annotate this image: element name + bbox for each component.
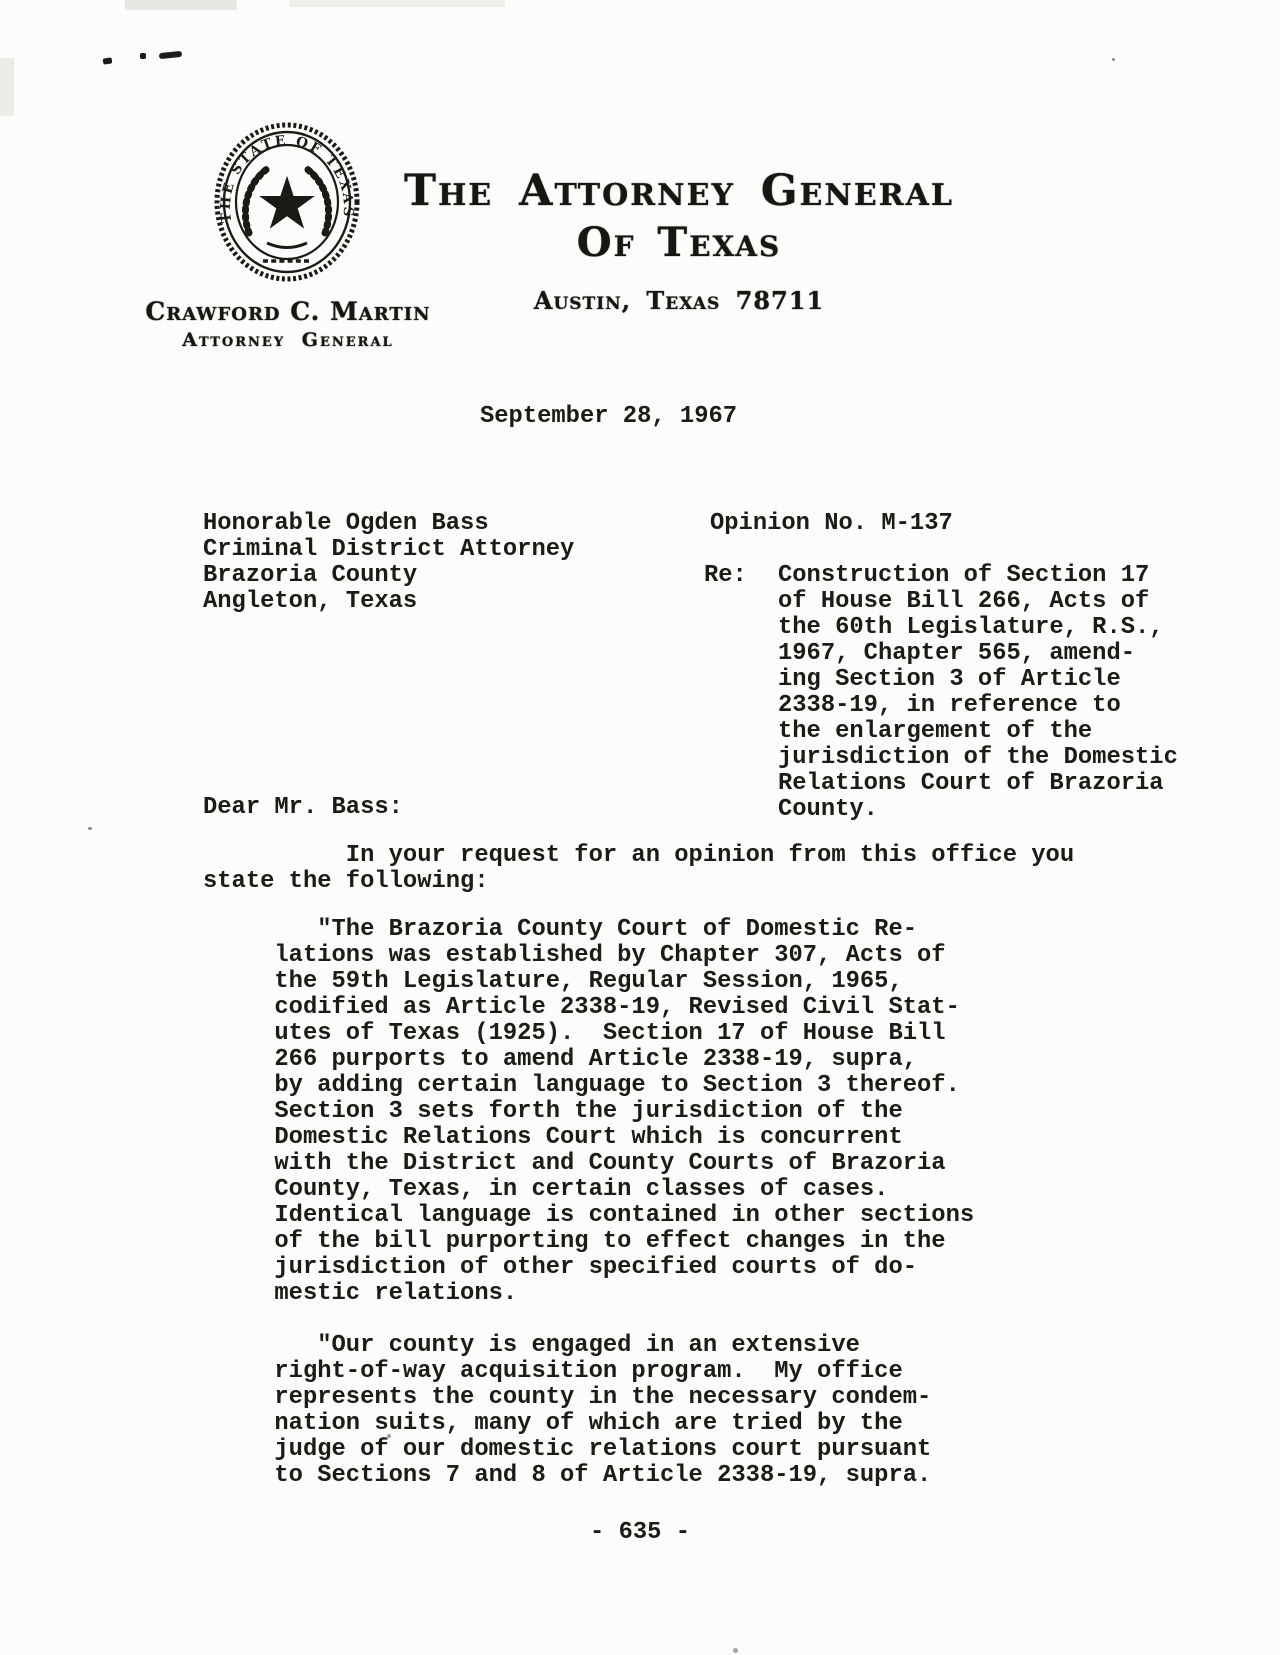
org-title-line2: Of Texas	[370, 222, 988, 264]
ink-mark	[103, 57, 113, 64]
recipient-address: Honorable Ogden Bass Criminal District A…	[203, 511, 574, 615]
scan-smudge	[0, 58, 14, 116]
ink-mark	[159, 51, 183, 59]
scanned-letter-page: THE STATE OF TEXAS The Attorney General …	[0, 0, 1280, 1655]
re-text: Construction of Section 17 of House Bill…	[778, 563, 1178, 823]
org-title-block: The Attorney General Of Texas Austin, Te…	[370, 168, 988, 314]
ink-dot	[733, 1648, 738, 1653]
ink-dot	[88, 827, 92, 830]
official-block: Crawford C. Martin Attorney General	[118, 298, 458, 351]
star-icon	[262, 179, 311, 226]
texas-state-seal-icon: THE STATE OF TEXAS	[213, 121, 361, 283]
page-number: - 635 -	[590, 1520, 690, 1546]
official-title: Attorney General	[118, 329, 458, 351]
official-name: Crawford C. Martin	[118, 298, 458, 326]
org-title-line1: The Attorney General	[370, 168, 988, 214]
date-line: September 28, 1967	[480, 404, 737, 430]
ink-dot	[1112, 58, 1115, 61]
scan-smudge	[290, 0, 505, 7]
salutation: Dear Mr. Bass:	[203, 795, 403, 821]
ink-mark	[140, 53, 146, 59]
quoted-passage: "The Brazoria County Court of Domestic R…	[203, 917, 974, 1489]
intro-paragraph: In your request for an opinion from this…	[203, 843, 1074, 895]
scan-smudge	[125, 0, 237, 10]
re-label: Re:	[704, 563, 747, 589]
org-address: Austin, Texas 78711	[370, 288, 988, 314]
opinion-number: Opinion No. M-137	[710, 511, 953, 537]
page-footer: - 635 -	[0, 1520, 1280, 1546]
